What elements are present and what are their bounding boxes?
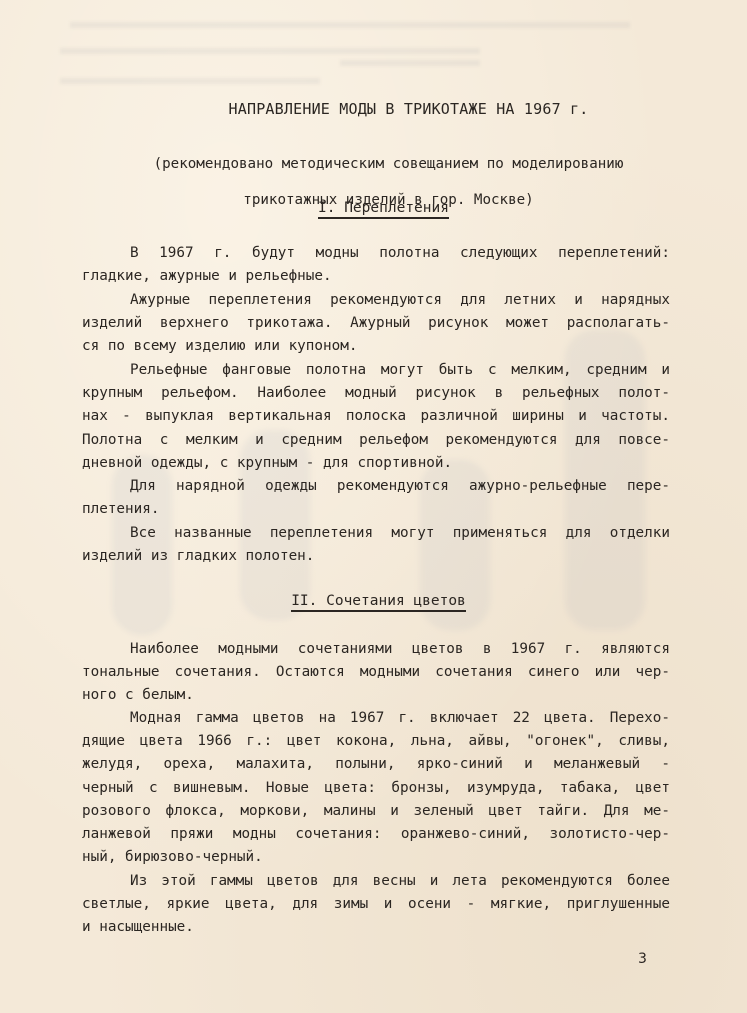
paragraph: В 1967 г. будут модны полотна следующих … <box>82 242 670 288</box>
paragraph: Модная гамма цветов на 1967 г. включает … <box>82 707 670 869</box>
text-line: дневной одежды, с крупным - для спортивн… <box>82 452 670 475</box>
text-line: Для нарядной одежды рекомендуются ажурно… <box>82 475 670 498</box>
paragraph: Рельефные фанговые полотна могут быть с … <box>82 359 670 475</box>
paragraph: Наиболее модными сочетаниями цветов в 19… <box>82 638 670 708</box>
text-line: дящие цвета 1966 г.: цвет кокона, льна, … <box>82 730 670 753</box>
bleed-through-line <box>60 78 320 84</box>
page-number: 3 <box>638 951 647 967</box>
text-line: ся по всему изделию или купоном. <box>82 335 670 358</box>
text-line: Из этой гаммы цветов для весны и лета ре… <box>82 870 670 893</box>
text-line: черный с вишневым. Новые цвета: бронзы, … <box>82 777 670 800</box>
bleed-through-line <box>340 60 480 66</box>
text-line: и насыщенные. <box>82 916 670 939</box>
text-line: Модная гамма цветов на 1967 г. включает … <box>82 707 670 730</box>
paragraph: Для нарядной одежды рекомендуются ажурно… <box>82 475 670 521</box>
text-line: ного с белым. <box>82 684 670 707</box>
text-line: Наиболее модными сочетаниями цветов в 19… <box>82 638 670 661</box>
paragraph: Все названные переплетения могут применя… <box>82 522 670 568</box>
text-line: Рельефные фанговые полотна могут быть с … <box>82 359 670 382</box>
text-line: светлые, яркие цвета, для зимы и осени -… <box>82 893 670 916</box>
text-line: изделий из гладких полотен. <box>82 545 670 568</box>
text-line: изделий верхнего трикотажа. Ажурный рису… <box>82 312 670 335</box>
text-line: тональные сочетания. Остаются модными со… <box>82 661 670 684</box>
text-line: желудя, ореха, малахита, полыни, ярко-си… <box>82 753 670 776</box>
bleed-through-line <box>70 22 630 28</box>
text-line: Ажурные переплетения рекомендуются для л… <box>82 289 670 312</box>
section-heading-colors: II. Сочетания цветов <box>0 593 747 612</box>
text-line: Все названные переплетения могут применя… <box>82 522 670 545</box>
document-title: НАПРАВЛЕНИЕ МОДЫ В ТРИКОТАЖЕ НА 1967 г. <box>0 100 747 118</box>
text-line: гладкие, ажурные и рельефные. <box>82 265 670 288</box>
section-heading-text: I. Переплетения <box>318 200 449 219</box>
text-line: розового флокса, моркови, малины и зелен… <box>82 800 670 823</box>
text-line: плетения. <box>82 498 670 521</box>
text-line: крупным рельефом. Наиболее модный рисуно… <box>82 382 670 405</box>
paragraph: Из этой гаммы цветов для весны и лета ре… <box>82 870 670 940</box>
text-line: Полотна с мелким и средним рельефом реко… <box>82 429 670 452</box>
text-line: ланжевой пряжи модны сочетания: оранжево… <box>82 823 670 846</box>
text-line: ный, бирюзово-черный. <box>82 846 670 869</box>
paragraph: Ажурные переплетения рекомендуются для л… <box>82 289 670 359</box>
bleed-through-line <box>60 48 480 54</box>
section-heading-weaves: I. Переплетения <box>0 200 747 219</box>
section-heading-text: II. Сочетания цветов <box>291 593 466 612</box>
text-line: В 1967 г. будут модны полотна следующих … <box>82 242 670 265</box>
subtitle-line: (рекомендовано методическим совещанием п… <box>30 155 747 173</box>
text-line: нах - выпуклая вертикальная полоска разл… <box>82 405 670 428</box>
